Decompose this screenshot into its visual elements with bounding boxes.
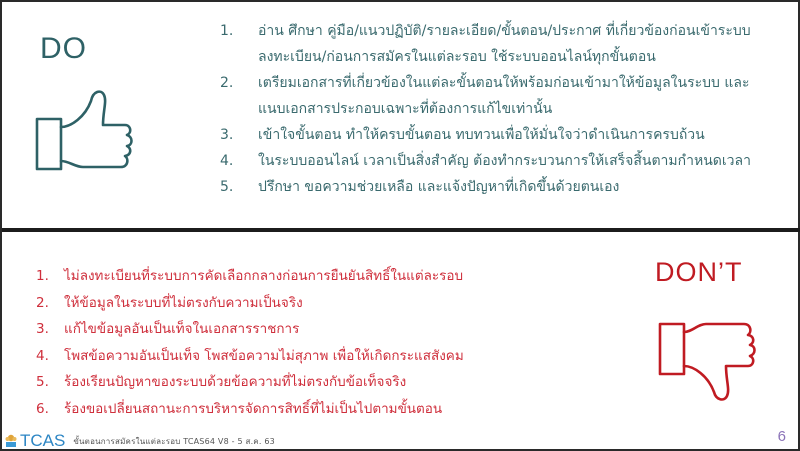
dont-item: 6. ร้องขอเปลี่ยนสถานะการบริหารจัดการสิทธ…: [12, 396, 612, 423]
dont-item-text: ไม่ลงทะเบียนที่ระบบการคัดเลือกกลางก่อนกา…: [64, 263, 612, 290]
do-title: DO: [40, 32, 87, 66]
dont-item-number: 5.: [12, 369, 64, 396]
do-item-text: ลงทะเบียน/ก่อนการสมัครในแต่ละรอบ ใช้ระบบ…: [258, 44, 780, 70]
do-item-number: 1.: [220, 18, 258, 70]
dont-item-number: 4.: [12, 343, 64, 370]
do-item-text: ปรึกษา ขอความช่วยเหลือ และแจ้งปัญหาที่เก…: [258, 174, 780, 200]
do-item: 1. อ่าน ศึกษา คู่มือ/แนวปฏิบัติ/รายละเอี…: [220, 18, 780, 70]
dont-item-text: ร้องขอเปลี่ยนสถานะการบริหารจัดการสิทธิ์ท…: [64, 396, 612, 423]
do-item: 5. ปรึกษา ขอความช่วยเหลือ และแจ้งปัญหาที…: [220, 174, 780, 200]
do-item-number: 4.: [220, 148, 258, 174]
dont-item-text: แก้ไขข้อมูลอันเป็นเท็จในเอกสารราชการ: [64, 316, 612, 343]
do-item: 4. ในระบบออนไลน์ เวลาเป็นสิ่งสำคัญ ต้องท…: [220, 148, 780, 174]
do-item-text: อ่าน ศึกษา คู่มือ/แนวปฏิบัติ/รายละเอียด/…: [258, 18, 780, 44]
dont-item-number: 2.: [12, 290, 64, 317]
dont-item-text: โพสข้อความอันเป็นเท็จ โพสข้อความไม่สุภาพ…: [64, 343, 612, 370]
dont-item-number: 3.: [12, 316, 64, 343]
dont-item-number: 1.: [12, 263, 64, 290]
dont-title: DON’T: [655, 257, 743, 288]
do-item: 2. เตรียมเอกสารที่เกี่ยวข้องในแต่ละขั้นต…: [220, 70, 780, 122]
page-number: 6: [778, 428, 786, 445]
dont-item: 4. โพสข้อความอันเป็นเท็จ โพสข้อความไม่สุ…: [12, 343, 612, 370]
do-item-number: 5.: [220, 174, 258, 200]
dont-item: 3. แก้ไขข้อมูลอันเป็นเท็จในเอกสารราชการ: [12, 316, 612, 343]
footer: TCAS ขั้นตอนการสมัครในแต่ละรอบ TCAS64 V8…: [4, 432, 275, 450]
section-divider: [2, 228, 800, 232]
do-item-text: เข้าใจขั้นตอน ทำให้ครบขั้นตอน ทบทวนเพื่อ…: [258, 122, 780, 148]
footer-caption: ขั้นตอนการสมัครในแต่ละรอบ TCAS64 V8 - 5 …: [73, 435, 275, 448]
do-item-text: แนบเอกสารประกอบเฉพาะที่ต้องการแก้ไขเท่าน…: [258, 96, 780, 122]
dont-item-text: ร้องเรียนปัญหาของระบบด้วยข้อความที่ไม่ตร…: [64, 369, 612, 396]
do-item-text: ในระบบออนไลน์ เวลาเป็นสิ่งสำคัญ ต้องทำกร…: [258, 148, 780, 174]
do-item-number: 3.: [220, 122, 258, 148]
dont-item: 2. ให้ข้อมูลในระบบที่ไม่ตรงกับความเป็นจร…: [12, 290, 612, 317]
do-list: 1. อ่าน ศึกษา คู่มือ/แนวปฏิบัติ/รายละเอี…: [220, 18, 780, 200]
thumbs-down-icon: [658, 320, 760, 408]
do-item-text: เตรียมเอกสารที่เกี่ยวข้องในแต่ละขั้นตอนใ…: [258, 70, 780, 96]
do-item: 3. เข้าใจขั้นตอน ทำให้ครบขั้นตอน ทบทวนเพ…: [220, 122, 780, 148]
dont-list: 1. ไม่ลงทะเบียนที่ระบบการคัดเลือกกลางก่อ…: [12, 263, 612, 422]
dont-item-number: 6.: [12, 396, 64, 423]
tcas-logo-icon: [4, 434, 18, 448]
tcas-logo-text: TCAS: [20, 431, 65, 451]
slide: DO 1. อ่าน ศึกษา คู่มือ/แนวปฏิบัติ/รายละ…: [0, 0, 800, 451]
dont-item: 5. ร้องเรียนปัญหาของระบบด้วยข้อความที่ไม…: [12, 369, 612, 396]
thumbs-up-icon: [35, 89, 137, 177]
do-item-number: 2.: [220, 70, 258, 122]
dont-item: 1. ไม่ลงทะเบียนที่ระบบการคัดเลือกกลางก่อ…: [12, 263, 612, 290]
dont-item-text: ให้ข้อมูลในระบบที่ไม่ตรงกับความเป็นจริง: [64, 290, 612, 317]
